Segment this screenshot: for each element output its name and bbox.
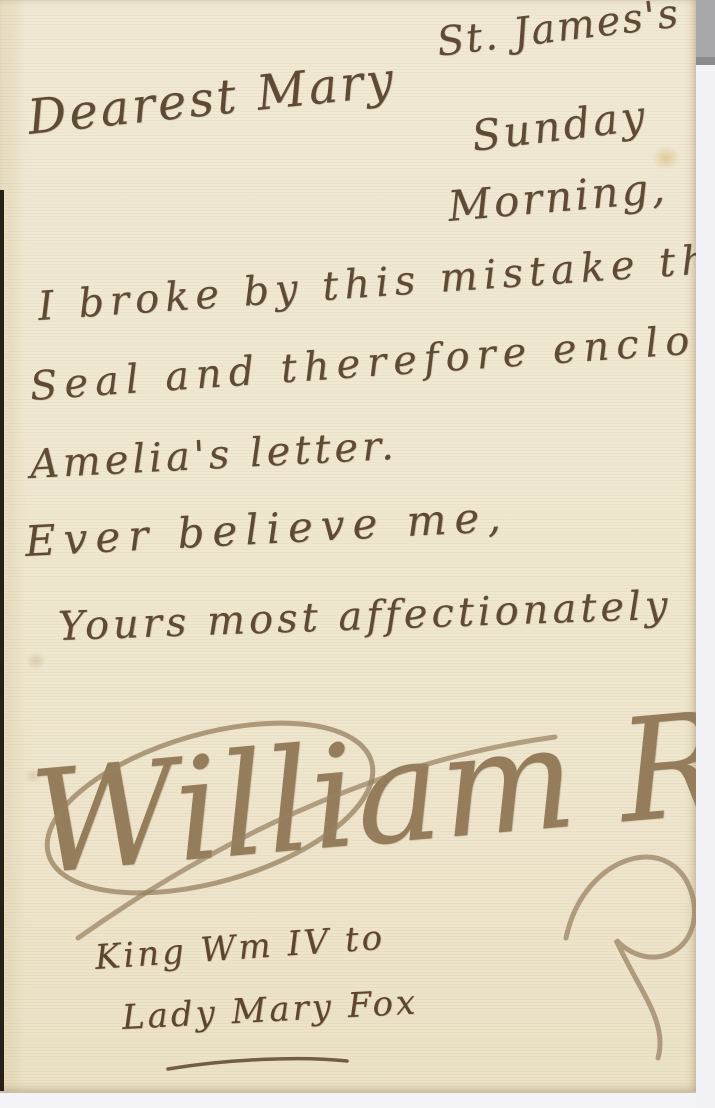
scanned-letter-page: St. James's - Sunday Morning, Dearest Ma… — [0, 0, 715, 1108]
letter-body-line: Seal and therefore enclose — [28, 313, 715, 410]
letter-body-line: I broke by this mistake the — [36, 235, 715, 330]
letter-place-line: St. James's - — [434, 0, 712, 66]
annotation-underline — [168, 1059, 347, 1069]
letter-paper: St. James's - Sunday Morning, Dearest Ma… — [0, 0, 696, 1091]
signature-r-tail-flourish — [566, 857, 694, 1058]
royal-signature: William R — [25, 682, 715, 907]
letter-date-line-2: Morning, — [446, 163, 670, 231]
letter-closing-line: Yours most affectionately — [57, 583, 672, 650]
archivist-annotation-line: King Wm IV to — [94, 918, 387, 978]
letter-date-line-1: Sunday — [469, 91, 650, 161]
archivist-annotation-line: Lady Mary Fox — [121, 983, 419, 1038]
paper-stain — [26, 652, 46, 670]
letter-body-line: Amelia's letter. — [29, 423, 399, 488]
scan-backing-bottom — [0, 1091, 696, 1108]
letter-salutation: Dearest Mary — [25, 51, 399, 145]
scan-backing-right — [696, 0, 715, 1108]
letter-closing-line: Ever believe me, — [24, 492, 510, 566]
scan-left-edge-shadow — [0, 190, 4, 1091]
